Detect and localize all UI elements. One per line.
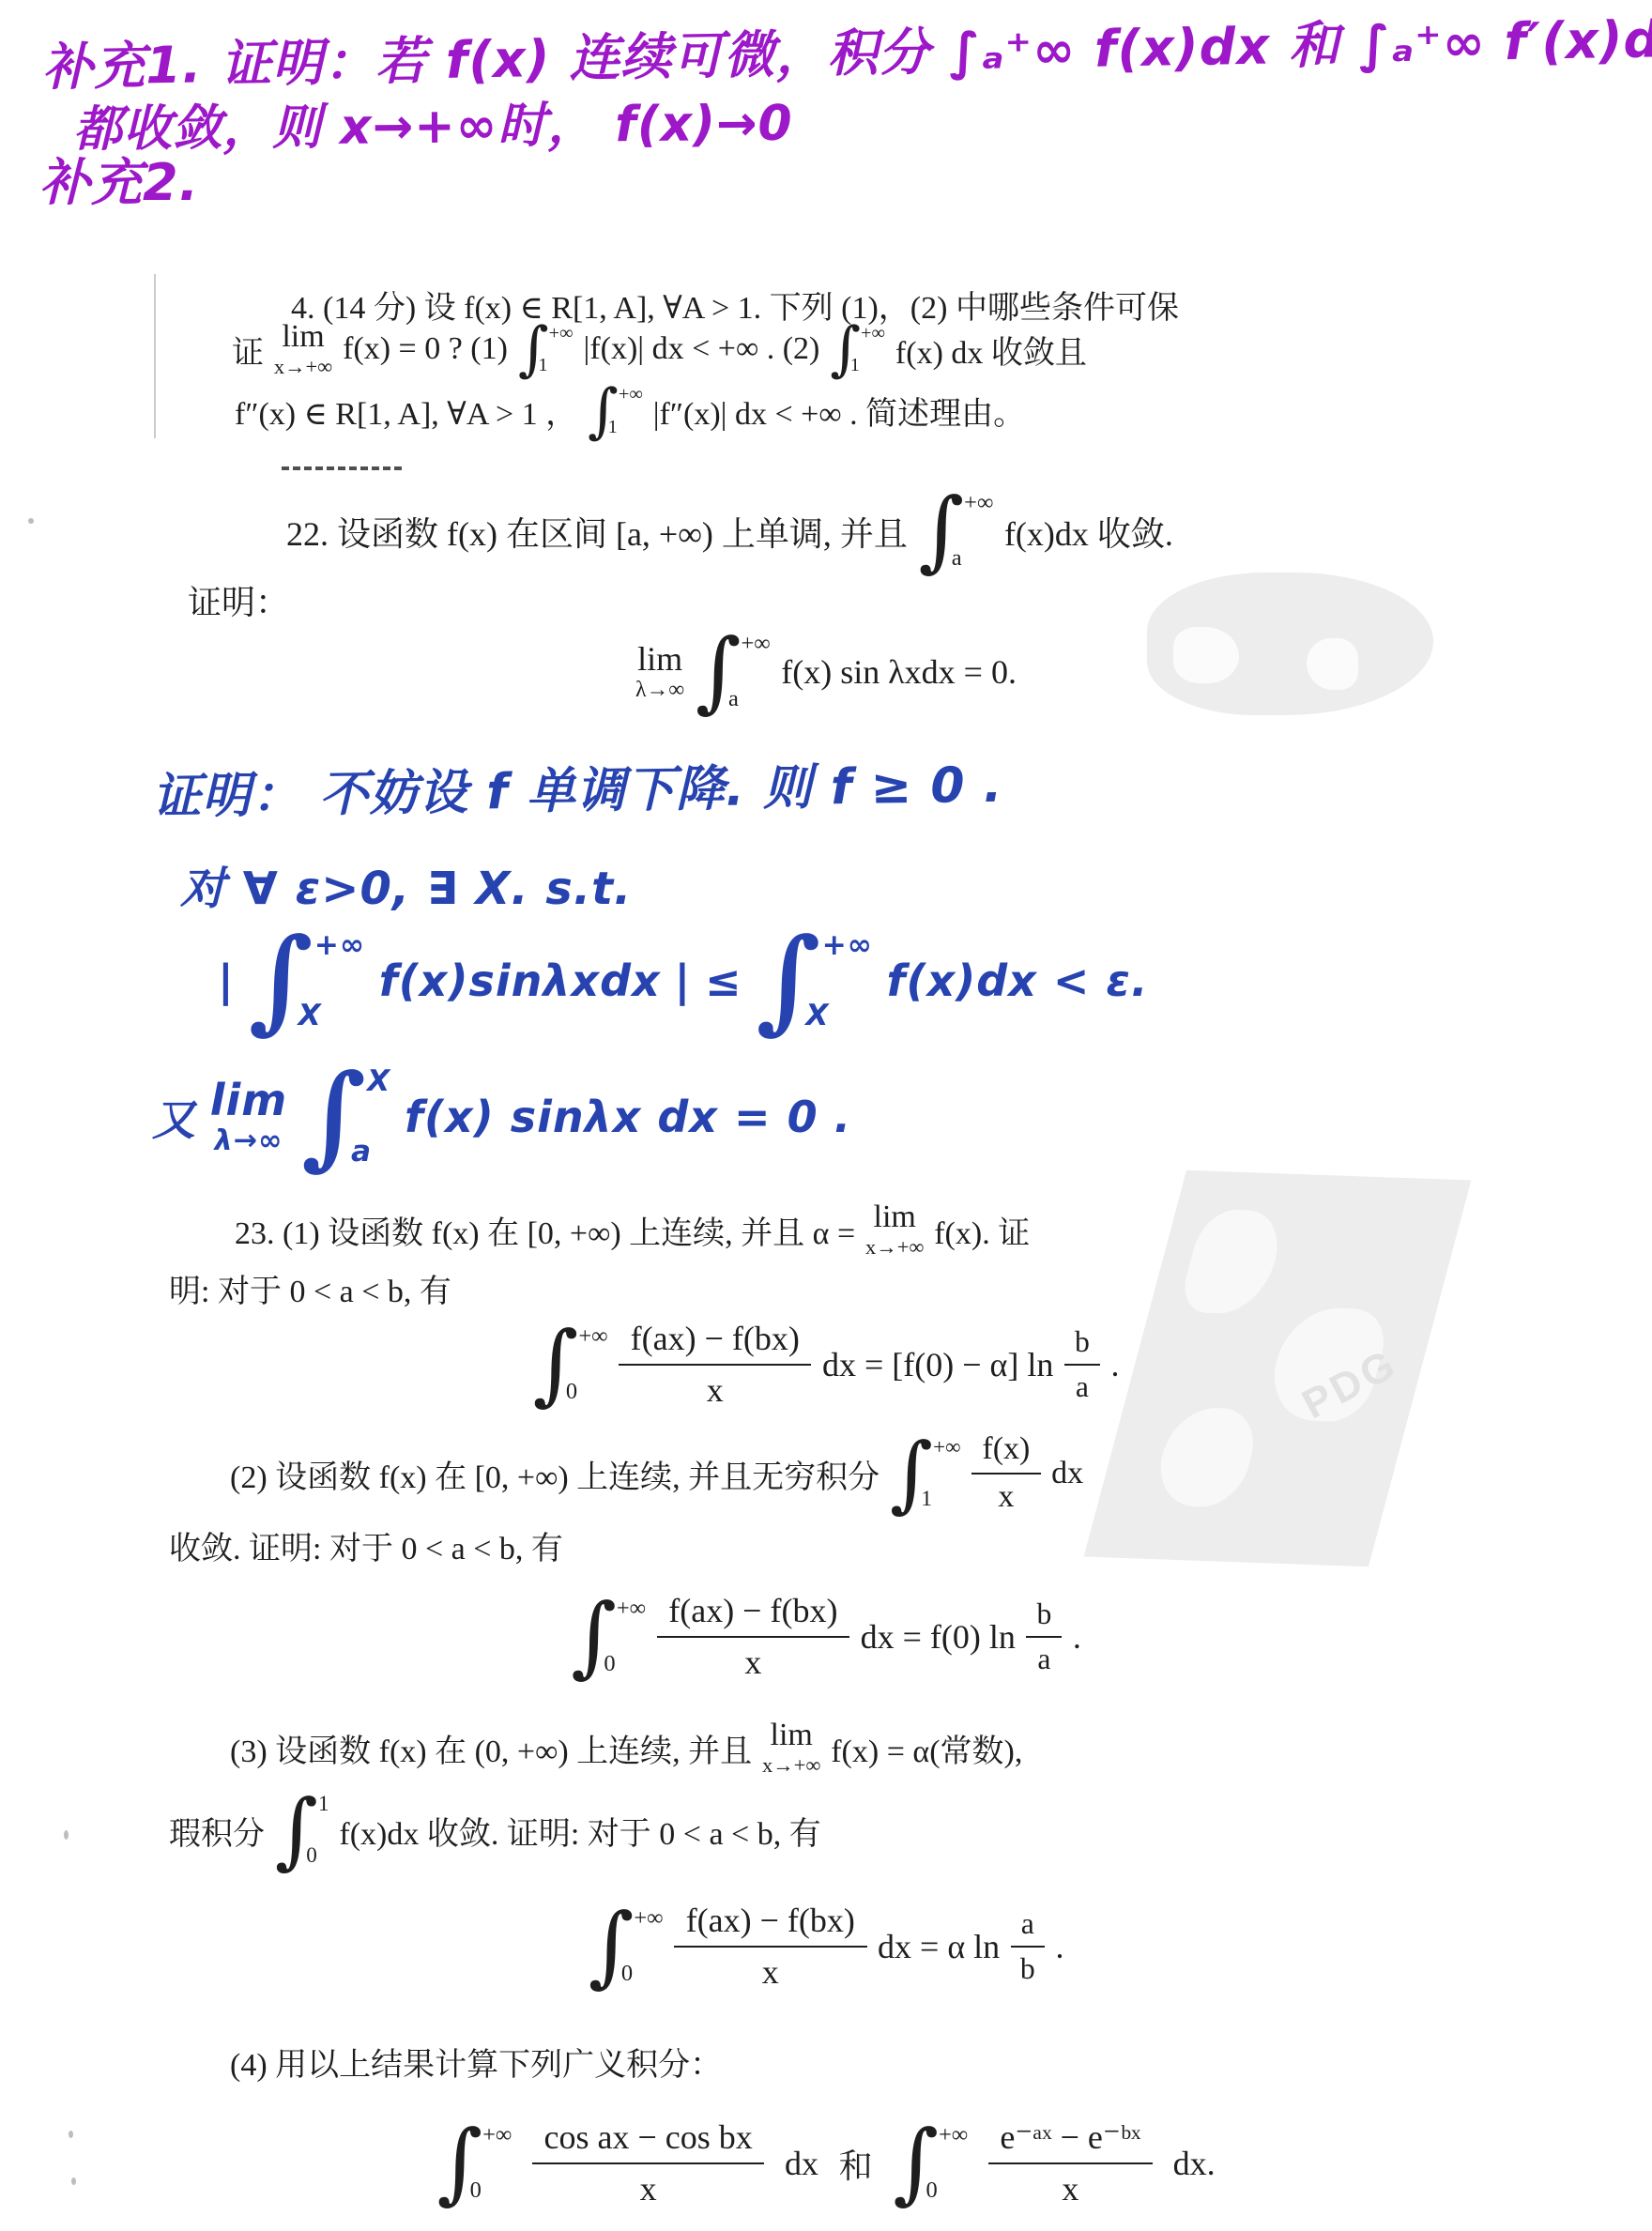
handwritten-note-supplement2: 补充2. bbox=[39, 143, 199, 215]
lim-subscript: λ→∞ bbox=[635, 680, 684, 702]
fraction-denominator: a bbox=[1037, 1638, 1050, 1678]
limit-operator: lim x→+∞ bbox=[865, 1201, 924, 1258]
integral-bounds: +∞ 0 bbox=[482, 2122, 512, 2206]
integral-sign: ∫ +∞ 1 bbox=[518, 321, 574, 377]
integral-lower-bound: 1 bbox=[538, 356, 562, 374]
integral-sign: ∫ +∞ 0 bbox=[893, 2122, 968, 2206]
integral-lower-bound: 0 bbox=[306, 1845, 317, 1867]
fraction-numerator: b bbox=[1064, 1323, 1100, 1366]
integral-lower-bound: 1 bbox=[921, 1489, 949, 1510]
formula-dx: dx. bbox=[1173, 2144, 1216, 2183]
abs-bar: | bbox=[218, 955, 235, 1006]
integral-sign: ∫ X a bbox=[301, 1063, 390, 1170]
lim-subscript: x→+∞ bbox=[865, 1237, 924, 1258]
handwritten-proof-line4-pre: 又 bbox=[152, 1086, 196, 1148]
abs-bar: | bbox=[675, 955, 692, 1006]
problem23-text: dx bbox=[1051, 1456, 1083, 1491]
integral-lower-bound: a bbox=[351, 1138, 375, 1167]
problem4-line3-text: |f″(x)| dx < +∞ . 简述理由。 bbox=[653, 388, 1025, 434]
lim-glyph: lim bbox=[210, 1078, 287, 1122]
integral-sign: ∫ +∞ 0 bbox=[589, 1905, 664, 1989]
problem4-line2-text: 证 bbox=[232, 327, 264, 373]
integral-sign: ∫ +∞ 1 bbox=[830, 321, 885, 377]
problem23-formula4: ∫ +∞ 0 cos ax − cos bx x dx 和 ∫ +∞ 0 e⁻ᵃ… bbox=[28, 2107, 1624, 2220]
integral-sign: ∫ +∞ a bbox=[696, 631, 771, 714]
problem22-text: f(x)dx 收敛. bbox=[1004, 508, 1173, 556]
problem4-line3: f″(x) ∈ R[1, A], ∀A > 1 ， ∫ +∞ 1 |f″(x)|… bbox=[235, 383, 1025, 439]
integral-bounds: +∞ 1 bbox=[549, 321, 574, 377]
fraction: cos ax − cos bx x bbox=[532, 2116, 764, 2209]
scanned-math-page: PDG 补充1. 证明：若 f(x) 连续可微，积分 ∫ₐ⁺∞ f(x)dx 和… bbox=[0, 0, 1652, 2231]
integral-lower-bound: 0 bbox=[604, 1653, 633, 1675]
scan-artifact-speck bbox=[64, 1830, 69, 1840]
limit-operator: lim λ→∞ bbox=[635, 642, 684, 702]
lim-subscript: x→+∞ bbox=[762, 1755, 820, 1776]
integral-lower-bound: X bbox=[805, 1001, 856, 1031]
integral-bounds: +∞ a bbox=[741, 631, 770, 714]
fraction: f(ax) − f(bx) x bbox=[619, 1318, 811, 1411]
fraction-numerator: f(ax) − f(bx) bbox=[619, 1318, 811, 1366]
integral-upper-bound: +∞ bbox=[578, 1325, 607, 1348]
integral-sign: ∫ +∞ 0 bbox=[533, 1323, 608, 1407]
problem23-part1-line1: 23. (1) 设函数 f(x) 在 [0, +∞) 上连续, 并且 α = l… bbox=[235, 1201, 1030, 1258]
formula-rhs: dx = f(0) ln bbox=[861, 1617, 1016, 1657]
problem4-line3-text: f″(x) ∈ R[1, A], ∀A > 1 ， bbox=[235, 388, 577, 434]
integral-bounds: +∞ 1 bbox=[861, 321, 885, 377]
integral-bounds: +∞ 1 bbox=[933, 1434, 961, 1513]
problem4-line2-text: f(x) dx 收敛且 bbox=[895, 327, 1087, 373]
integral-upper-bound: +∞ bbox=[964, 492, 993, 514]
problem4-line2: 证 lim x→+∞ f(x) = 0 ? (1) ∫ +∞ 1 |f(x)| … bbox=[232, 321, 1087, 377]
handwritten-proof-line3: | ∫ +∞ X f(x)sinλxdx | ≤ ∫ +∞ X f(x)dx <… bbox=[218, 924, 1149, 1037]
problem23-text: 瑕积分 bbox=[169, 1808, 265, 1854]
problem23-text: f(x) = α(常数), bbox=[831, 1725, 1022, 1771]
integral-lower-bound: a bbox=[952, 547, 981, 570]
integral-sign: ∫ +∞ 1 bbox=[588, 383, 643, 439]
integral-upper-bound: +∞ bbox=[634, 1907, 663, 1930]
problem23-text: f(x). 证 bbox=[934, 1207, 1030, 1253]
formula-period: . bbox=[1073, 1617, 1081, 1657]
integral-upper-bound: +∞ bbox=[619, 385, 643, 404]
formula-period: . bbox=[1110, 1345, 1119, 1384]
fraction-numerator: f(x) bbox=[971, 1429, 1042, 1475]
limit-operator: lim x→+∞ bbox=[762, 1719, 820, 1776]
fraction-numerator: f(ax) − f(bx) bbox=[657, 1590, 849, 1638]
fraction: f(x) x bbox=[971, 1429, 1042, 1518]
formula-dx: dx bbox=[785, 2144, 818, 2183]
integral-bounds: X a bbox=[367, 1063, 390, 1170]
handwritten-proof-line4-tail: f(x) sinλx dx = 0 . bbox=[405, 1092, 851, 1142]
integral-bounds: +∞ 0 bbox=[617, 1596, 646, 1679]
fraction-denominator: a bbox=[1076, 1366, 1089, 1406]
formula-rhs: dx = [f(0) − α] ln bbox=[822, 1345, 1053, 1384]
integral-sign: ∫ 1 0 bbox=[275, 1791, 329, 1870]
problem22-proof-label: 证明： bbox=[188, 576, 289, 624]
integral-bounds: +∞ 0 bbox=[939, 2122, 968, 2206]
problem23-text: f(x)dx 收敛. 证明: 对于 0 < a < b, 有 bbox=[339, 1808, 820, 1854]
integral-sign: ∫ +∞ 0 bbox=[436, 2122, 512, 2206]
integral-upper-bound: +∞ bbox=[933, 1437, 961, 1459]
scan-artifact-dashes bbox=[282, 466, 402, 470]
problem23-part3-line1: (3) 设函数 f(x) 在 (0, +∞) 上连续, 并且 lim x→+∞ … bbox=[230, 1719, 1022, 1776]
integral-upper-bound: +∞ bbox=[617, 1597, 646, 1620]
integral-upper-bound: +∞ bbox=[939, 2124, 968, 2147]
integral-lower-bound: 0 bbox=[621, 1963, 650, 1985]
less-equal: ≤ bbox=[705, 955, 742, 1006]
watermark-band-glyph bbox=[1177, 1209, 1288, 1315]
problem23-formula1: ∫ +∞ 0 f(ax) − f(bx) x dx = [f(0) − α] l… bbox=[28, 1309, 1624, 1420]
formula-rhs: dx = α ln bbox=[878, 1927, 1000, 1966]
integral-bounds: 1 0 bbox=[318, 1791, 329, 1870]
integral-upper-bound: +∞ bbox=[822, 931, 873, 960]
integral-lower-bound: X bbox=[298, 1001, 349, 1031]
handwritten-proof-line2: 对 ∀ ε>0, ∃ X. s.t. bbox=[180, 852, 632, 917]
fraction-denominator: x bbox=[707, 1366, 724, 1412]
problem22-text: 22. 设函数 f(x) 在区间 [a, +∞) 上单调, 并且 bbox=[286, 508, 908, 556]
lim-glyph: lim bbox=[771, 1719, 813, 1751]
scan-artifact-vertical-line bbox=[154, 274, 156, 438]
integral-upper-bound: +∞ bbox=[482, 2124, 512, 2147]
problem23-formula3: ∫ +∞ 0 f(ax) − f(bx) x dx = α ln a b . bbox=[28, 1891, 1624, 2002]
fraction-numerator: b bbox=[1026, 1596, 1062, 1638]
integral-lower-bound: 0 bbox=[470, 2179, 499, 2202]
fraction-denominator: b bbox=[1020, 1948, 1035, 1988]
handwritten-proof-line3-mid: f(x)sinλxdx bbox=[379, 955, 661, 1006]
problem4-line1: 4. (14 分) 设 f(x) ∈ R[1, A], ∀A > 1. 下列 (… bbox=[291, 282, 1179, 328]
integral-sign: ∫ +∞ X bbox=[249, 927, 366, 1034]
integral-bounds: +∞ 0 bbox=[634, 1905, 663, 1989]
fraction: f(ax) − f(bx) x bbox=[674, 1900, 866, 1993]
fraction-denominator: x bbox=[640, 2164, 657, 2210]
integral-upper-bound: +∞ bbox=[741, 633, 770, 655]
integral-upper-bound: X bbox=[367, 1067, 390, 1096]
and-word: 和 bbox=[839, 2140, 873, 2188]
handwritten-proof-line3-tail: f(x)dx < ε. bbox=[887, 955, 1149, 1006]
lim-glyph: lim bbox=[637, 642, 682, 676]
limit-operator: lim λ→∞ bbox=[210, 1078, 287, 1155]
problem23-part3-line2: 瑕积分 ∫ 1 0 f(x)dx 收敛. 证明: 对于 0 < a < b, 有 bbox=[169, 1781, 821, 1879]
integral-bounds: +∞ 1 bbox=[619, 383, 643, 439]
watermark-band-glyph bbox=[1149, 1407, 1263, 1508]
fraction-denominator: x bbox=[1062, 2164, 1078, 2210]
handwritten-proof-line4: 又 lim λ→∞ ∫ X a f(x) sinλx dx = 0 . bbox=[152, 1061, 851, 1173]
problem23-part1-line2: 明: 对于 0 < a < b, 有 bbox=[169, 1265, 451, 1311]
problem22-formula-body: f(x) sin λxdx = 0. bbox=[781, 652, 1017, 692]
lim-glyph: lim bbox=[874, 1201, 916, 1233]
integral-bounds: +∞ X bbox=[314, 927, 365, 1034]
problem23-formula2: ∫ +∞ 0 f(ax) − f(bx) x dx = f(0) ln b a … bbox=[28, 1582, 1624, 1692]
scan-artifact-speck bbox=[28, 518, 34, 524]
problem22-display-formula: lim λ→∞ ∫ +∞ a f(x) sin λxdx = 0. bbox=[28, 619, 1624, 725]
problem23-text: (3) 设函数 f(x) 在 (0, +∞) 上连续, 并且 bbox=[230, 1725, 752, 1771]
problem23-text: 23. (1) 设函数 f(x) 在 [0, +∞) 上连续, 并且 α = bbox=[235, 1207, 855, 1253]
fraction-numerator: e⁻ᵃˣ − e⁻ᵇˣ bbox=[988, 2116, 1153, 2164]
problem4-line2-text: f(x) = 0 ? (1) bbox=[343, 331, 508, 367]
integral-lower-bound: 0 bbox=[566, 1381, 595, 1403]
integral-upper-bound: 1 bbox=[318, 1794, 329, 1815]
integral-sign: ∫ +∞ 0 bbox=[571, 1596, 646, 1679]
integral-lower-bound: 0 bbox=[925, 2179, 955, 2202]
problem23-part2-line1: (2) 设函数 f(x) 在 [0, +∞) 上连续, 并且无穷积分 ∫ +∞ … bbox=[230, 1427, 1083, 1520]
fraction: f(ax) − f(bx) x bbox=[657, 1590, 849, 1683]
integral-bounds: +∞ X bbox=[822, 927, 873, 1034]
fraction-numerator: a bbox=[1011, 1905, 1045, 1948]
fraction: a b bbox=[1011, 1905, 1045, 1988]
handwritten-note-supplement1-line1: 补充1. 证明：若 f(x) 连续可微，积分 ∫ₐ⁺∞ f(x)dx 和 ∫ₐ⁺… bbox=[41, 0, 1652, 99]
problem23-part4-line: (4) 用以上结果计算下列广义积分： bbox=[230, 2039, 722, 2085]
integral-lower-bound: a bbox=[728, 688, 757, 711]
formula-period: . bbox=[1055, 1927, 1063, 1966]
lim-subscript: λ→∞ bbox=[214, 1127, 283, 1155]
fraction: e⁻ᵃˣ − e⁻ᵇˣ x bbox=[988, 2116, 1153, 2209]
fraction-denominator: x bbox=[744, 1638, 761, 1684]
integral-sign: ∫ +∞ a bbox=[918, 490, 993, 573]
problem4-line2-text: |f(x)| dx < +∞ . (2) bbox=[584, 331, 820, 367]
fraction-denominator: x bbox=[998, 1475, 1014, 1518]
integral-bounds: +∞ a bbox=[964, 490, 993, 573]
integral-upper-bound: +∞ bbox=[314, 931, 365, 960]
limit-operator: lim x→+∞ bbox=[274, 321, 332, 377]
fraction-numerator: cos ax − cos bx bbox=[532, 2116, 764, 2164]
fraction: b a bbox=[1064, 1323, 1100, 1406]
fraction-denominator: x bbox=[762, 1948, 779, 1994]
problem23-text: (2) 设函数 f(x) 在 [0, +∞) 上连续, 并且无穷积分 bbox=[230, 1451, 880, 1497]
problem22-statement: 22. 设函数 f(x) 在区间 [a, +∞) 上单调, 并且 ∫ +∞ a … bbox=[286, 486, 1173, 576]
fraction: b a bbox=[1026, 1596, 1062, 1678]
integral-lower-bound: 1 bbox=[850, 356, 875, 374]
handwritten-proof-line1: 证明： 不妨设 f 单调下降. 则 f ≥ 0 . bbox=[152, 745, 1003, 828]
integral-lower-bound: 1 bbox=[608, 418, 633, 436]
integral-bounds: +∞ 0 bbox=[578, 1323, 607, 1407]
lim-subscript: x→+∞ bbox=[274, 357, 332, 377]
fraction-numerator: f(ax) − f(bx) bbox=[674, 1900, 866, 1948]
integral-sign: ∫ +∞ X bbox=[756, 927, 873, 1034]
problem23-part2-line2: 收敛. 证明: 对于 0 < a < b, 有 bbox=[169, 1522, 563, 1568]
integral-sign: ∫ +∞ 1 bbox=[890, 1434, 961, 1513]
